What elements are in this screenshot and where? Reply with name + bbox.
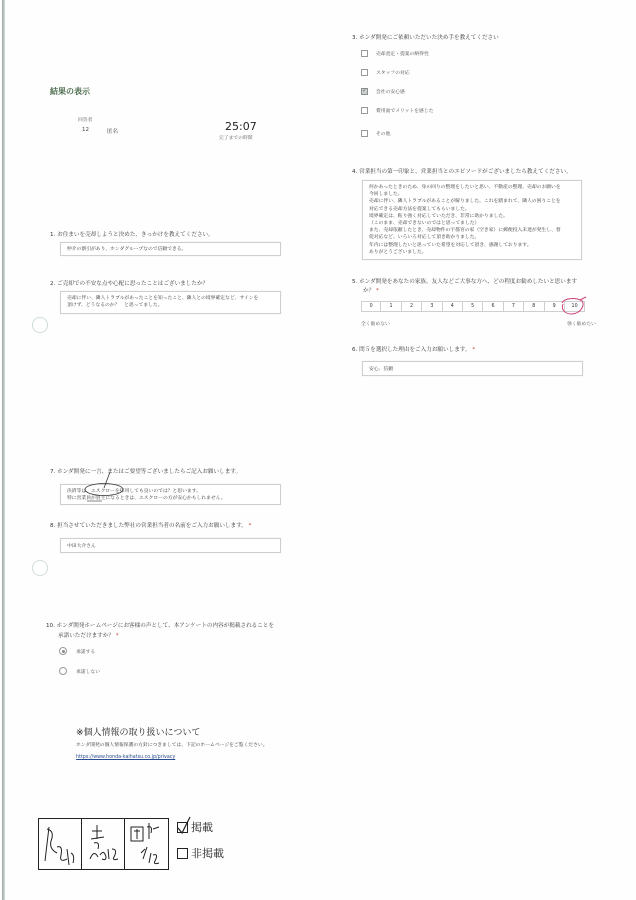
scale-high-label: 強く勧めたい <box>567 320 596 327</box>
q10-option-0[interactable]: 承諾する <box>59 647 95 655</box>
option-label: その他 <box>376 130 390 137</box>
completion-time-label: 完了までの時間 <box>219 134 253 141</box>
required-mark: * <box>249 523 252 529</box>
privacy-title: ※個人情報の取り扱いについて <box>76 725 200 738</box>
q10-option-1[interactable]: 承諾しない <box>59 667 100 675</box>
question-1-title: 1. お住まいを売却しようと決めた、きっかけを教えてください。 <box>50 230 214 238</box>
required-mark: * <box>376 288 379 294</box>
no-publish-label: 非掲載 <box>191 845 224 861</box>
scale-option-3[interactable]: 3 <box>422 301 442 312</box>
question-3-title: 3. ホンダ開発にご依頼いただいた決め手を教えてください <box>352 33 499 41</box>
result-title: 結果の表示 <box>50 86 90 97</box>
checkbox[interactable] <box>361 107 368 114</box>
respondent-number: 12 <box>82 127 89 133</box>
question-5-title-cont: か？ * <box>363 286 379 294</box>
scale-option-8[interactable]: 8 <box>524 301 544 312</box>
question-4-answer: 何かあったときのため、身の回りの整理をしたいと思い、不動産の整理、売却のお願いを… <box>362 180 582 260</box>
question-6-answer: 安心、信頼 <box>362 361 583 376</box>
publish-label: 掲載 <box>191 819 213 835</box>
check-mark-icon <box>176 815 192 835</box>
q3-option-1[interactable]: スタッフの対応 <box>361 69 410 76</box>
scale-option-2[interactable]: 2 <box>402 301 422 312</box>
checkbox[interactable] <box>361 88 368 95</box>
punch-hole-icon <box>32 317 48 333</box>
privacy-text: ホンダ開発の個人情報保護の方針につきましては、下記のホームページをご覧ください。 <box>76 741 268 748</box>
question-4-title: 4. 営業担当の第一印象と、営業担当とのエピソードがございましたら教えてください… <box>352 167 572 175</box>
privacy-link[interactable]: https://www.honda-kaihatsu.co.jp/privacy <box>76 755 175 760</box>
required-mark: * <box>472 347 475 353</box>
option-label: 費用面でメリットを感じた <box>376 107 433 114</box>
signature-cell-3 <box>125 819 168 869</box>
radio-button[interactable] <box>59 647 67 655</box>
signature-cell-2 <box>82 819 125 869</box>
checkbox[interactable] <box>361 130 368 137</box>
checkbox[interactable] <box>361 50 368 57</box>
signature-cell-1 <box>39 819 82 869</box>
q3-option-0[interactable]: 売却査定・提案の納得性 <box>361 50 429 57</box>
scale-option-5[interactable]: 5 <box>463 301 483 312</box>
scale-option-7[interactable]: 7 <box>504 301 524 312</box>
completion-time: 25:07 <box>225 120 257 133</box>
handwritten-signature-icon <box>39 819 82 869</box>
scale-option-4[interactable]: 4 <box>443 301 463 312</box>
question-5-title: 5. ホンダ開発をあなたの家族、友人などご大事な方へ、どの程度お勧めしたいと思い… <box>352 277 577 285</box>
question-10-title: 10. ホンダ開発ホームページにお客様の声として、本アンケートの内容が掲載される… <box>46 621 274 629</box>
question-10-title-cont: 承諾いただけますか？ * <box>58 631 119 639</box>
handwritten-signature-icon <box>125 819 168 869</box>
scale-low-label: 全く勧めない <box>361 320 390 327</box>
publish-checkbox-row[interactable]: 掲載 <box>177 819 213 835</box>
respondent-label: 回答者 <box>78 116 92 123</box>
scan-edge <box>2 0 5 900</box>
scale-option-0[interactable]: 0 <box>361 301 381 312</box>
q3-option-4[interactable]: その他 <box>361 130 390 137</box>
scanned-survey-page: 結果の表示 回答者 12 匿名 25:07 完了までの時間 1. お住まいを売却… <box>0 0 636 900</box>
punch-hole-icon <box>32 560 48 576</box>
question-6-title: 6. 問５を選択した理由をご入力お願いします。 * <box>352 345 475 353</box>
question-2-title: 2. ご売却での不安な点や心配に思ったことはございましたか？ <box>50 279 208 287</box>
option-label: スタッフの対応 <box>376 69 410 76</box>
question-7-title: 7. ホンダ開発に一言、またはご要望等ございましたらご記入お願いします。 <box>50 467 241 475</box>
q3-option-3[interactable]: 費用面でメリットを感じた <box>361 107 433 114</box>
nps-scale[interactable]: 012345678910 <box>361 301 585 312</box>
question-8-answer: 中田大介さん <box>60 538 281 553</box>
handwritten-signature-icon <box>82 819 125 869</box>
no-publish-checkbox-row[interactable]: 非掲載 <box>177 845 224 861</box>
question-2-answer: 売却に伴い、隣人トラブルがあったことを知ったこと、隣人との境界確定など、サインを… <box>60 291 281 314</box>
option-label: 売却査定・提案の納得性 <box>376 50 429 57</box>
pen-circle-mark <box>558 296 588 318</box>
scale-option-6[interactable]: 6 <box>483 301 503 312</box>
approval-stamp-table <box>38 818 169 870</box>
no-publish-checkbox[interactable] <box>177 848 188 859</box>
pen-annotation-mark <box>80 470 140 502</box>
question-1-answer: 仲介の割引があり、ホンダグループなので信頼できる。 <box>60 242 281 256</box>
option-label: 承諾する <box>76 648 95 655</box>
respondent-name: 匿名 <box>107 127 118 135</box>
q3-option-2[interactable]: 会社の安心感 <box>361 88 405 95</box>
option-label: 承諾しない <box>76 668 100 675</box>
option-label: 会社の安心感 <box>376 88 405 95</box>
scale-option-1[interactable]: 1 <box>381 301 401 312</box>
question-8-title: 8. 担当させていただきました弊社の営業担当者の名前をご入力お願いします。 * <box>50 521 251 529</box>
checkbox[interactable] <box>361 69 368 76</box>
required-mark: * <box>116 633 119 639</box>
publish-checkbox[interactable] <box>177 822 188 833</box>
radio-button[interactable] <box>59 667 67 675</box>
